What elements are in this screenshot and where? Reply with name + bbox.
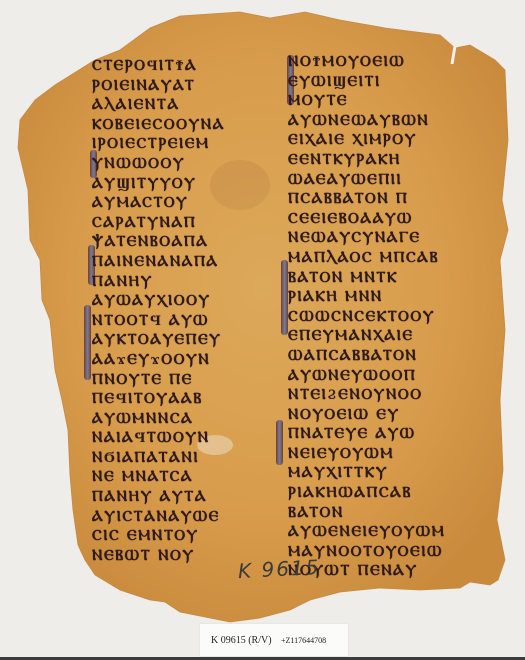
text-line: ⲀⲨⲰⲚⲈⲰⲀⲨⲂⲰⲚ (288, 111, 473, 131)
text-line: ⲤⲀⲢⲀⲦⲨⲚⲀⲠ (92, 213, 277, 233)
label-barcode-number: +Z117644708 (281, 636, 326, 645)
initial-letter-right-3 (276, 420, 283, 465)
text-line: ⲚⲞϮⲘⲞⲨⲞⲈⲒⲰ (288, 52, 473, 72)
text-line: ⲚⲀⲒⲀϤⲦⲰⲞⲨⲚ (92, 428, 277, 448)
text-line: ⲀⲨⲰⲘⲚⲚⲤⲀ (92, 409, 277, 429)
text-line: ⲠⲤⲀⲂⲂⲀⲦⲞⲚ Ⲡ (288, 189, 473, 209)
text-line: ⲀⲨϢⲒⲦⲨⲨⲞⲨ (92, 174, 277, 194)
text-line: ⲤⲦⲈⲢⲞϤⲒⲦϮⲀ (92, 56, 277, 76)
text-line: ⲈⲒⲬⲀⲒⲈ ⲬⲒⲘⲢⲞⲨ (288, 130, 473, 150)
initial-letter-right-2 (281, 260, 288, 335)
text-line: ⲚⲈⲒⲈⲨⲞⲨⲰⲘ (288, 444, 473, 464)
text-line: ⲤⲰⲰⲤⲚⲤⲈⲔⲦⲞⲞⲨ (288, 307, 473, 327)
text-line: ⲨⲚⲰⲰⲞⲞⲨ (92, 154, 277, 174)
text-line: ⲂⲀⲦⲞⲚ ⲘⲚⲦⲔ (288, 268, 473, 288)
text-line: ⲢⲞⲒⲈⲒⲚⲀⲨⲀⲦ (92, 76, 277, 96)
text-line: ⲢⲒⲀⲔⲎ ⲘⲚⲚ (288, 287, 473, 307)
text-line: ⲠⲀⲚⲎⲨ (92, 272, 277, 292)
text-line: ⲤⲈⲈⲒⲈⲂⲞⲀⲀⲨⲰ (288, 209, 473, 229)
text-line: ⲰⲀⲠⲤⲀⲂⲂⲀⲦⲞⲚ (288, 346, 473, 366)
text-line: ⲠⲀⲒⲚⲈⲚⲀⲚⲀⲠⲀ (92, 252, 277, 272)
text-column-right: ⲚⲞϮⲘⲞⲨⲞⲈⲒⲰ ⲈⲨⲰⲒϢⲈⲒⲦⲒ ⲘⲞⲨⲦⲈ ⲀⲨⲰⲚⲈⲰⲀⲨⲂⲰⲚ Ⲉ… (288, 52, 473, 581)
text-line: ⲀⲀϫⲈⲨϫⲞⲞⲨⲚ (92, 350, 277, 370)
text-line: ⲚⲈⲰⲀⲨⲤⲨⲚⲀⲄⲈ (288, 228, 473, 248)
text-line: ⲮⲀⲦⲈⲚⲂⲞⲀⲠⲀ (92, 232, 277, 252)
text-line: ⲒⲢⲞⲒⲈⲤⲦⲢⲈⲒⲈⲘ (92, 134, 277, 154)
initial-letter-left-3 (84, 305, 91, 380)
text-line: ⲈⲨⲰⲒϢⲈⲒⲦⲒ (288, 72, 473, 92)
text-line: ⲘⲀⲠⲖⲀⲞⲤ ⲘⲠⲤⲀⲂ (288, 248, 473, 268)
text-line: ⲠⲚⲀⲦⲈⲨⲈ ⲀⲨⲰ (288, 424, 473, 444)
text-line: ⲀⲨⲒⲤⲦⲀⲚⲀⲨⲰⲈ (92, 507, 277, 527)
text-line: ⲠⲈϤⲒⲦⲞⲨⲀⲀⲂ (92, 389, 277, 409)
text-line: ⲚⲈ ⲘⲚⲀⲦⲤⲀ (92, 467, 277, 487)
text-line: ⲀⲨⲰⲈⲚⲈⲒⲈⲨⲞⲨⲰⲘ (288, 522, 473, 542)
text-line: ⲈⲈⲚⲦⲔⲨⲢⲀⲔⲎ (288, 150, 473, 170)
text-line: ⲠⲚⲞⲨⲦⲈ ⲠⲈ (92, 370, 277, 390)
text-line: ⲀⲨⲰⲚⲈⲨⲰⲞⲞⲠ (288, 366, 473, 386)
text-line: ⲀⲨⲔⲦⲞⲀⲨⲈⲠⲈⲨ (92, 330, 277, 350)
text-line: ⲤⲒⲤ ⲈⲘⲚⲦⲞⲨ (92, 526, 277, 546)
text-line: ⲈⲠⲈⲨⲘⲀⲚⲬⲀⲒⲈ (288, 326, 473, 346)
text-line: ⲠⲀⲚⲎⲨ ⲀⲨⲦⲀ (92, 487, 277, 507)
text-line: ⲘⲞⲨⲦⲈ (288, 91, 473, 111)
label-inventory-id: K 09615 (R/V) (211, 635, 272, 646)
text-line: ⲀⲨⲰⲀⲨⲬⲒⲞⲞⲨ (92, 291, 277, 311)
pencil-inventory-note: K 9615 (237, 555, 321, 583)
text-line: ⲚⲞⲨⲞⲈⲒⲰ ⲈⲨ (288, 405, 473, 425)
catalog-label: K 09615 (R/V) +Z117644708 (200, 624, 348, 656)
text-line: ⲚϬⲒⲀⲠⲀⲦⲀⲚⲒ (92, 448, 277, 468)
text-line: ⲢⲒⲀⲔⲎⲰⲀⲠⲤⲀⲂ (288, 483, 473, 503)
text-column-left: ⲤⲦⲈⲢⲞϤⲒⲦϮⲀ ⲢⲞⲒⲈⲒⲚⲀⲨⲀⲦ ⲀⲖⲀⲒⲈⲚⲦⲀ ⲔⲞⲂⲈⲒⲈⲤⲞⲞ… (92, 56, 277, 565)
text-line: ⲂⲀⲦⲞⲚ (288, 503, 473, 523)
text-line: ⲚⲦⲞⲞⲦϤ ⲀⲨⲰ (92, 311, 277, 331)
text-line: ⲰⲀⲈⲀⲨⲰⲈⲠⲒⲒ (288, 170, 473, 190)
text-line: ⲚⲦⲈⲒϨⲈⲚⲞⲨⲚⲞⲞ (288, 385, 473, 405)
text-line: ⲀⲨⲘⲀⲤⲦⲞⲨ (92, 193, 277, 213)
text-line: ⲀⲖⲀⲒⲈⲚⲦⲀ (92, 95, 277, 115)
text-line: ⲔⲞⲂⲈⲒⲈⲤⲞⲞⲨⲚⲀ (92, 115, 277, 135)
text-line: ⲘⲀⲨⲬⲒⲦⲦⲔⲨ (288, 463, 473, 483)
